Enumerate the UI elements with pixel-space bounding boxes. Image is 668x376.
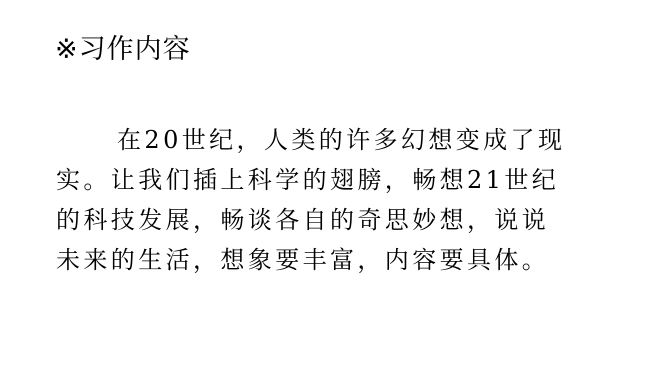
paragraph-line-4: 未来的生活，想象要丰富，内容要具体。: [56, 240, 601, 280]
paragraph-line-2: 实。让我们插上科学的翅膀，畅想21世纪: [56, 160, 601, 200]
assignment-paragraph: 在20世纪，人类的许多幻想变成了现 实。让我们插上科学的翅膀，畅想21世纪 的科…: [56, 120, 601, 280]
paragraph-line-1: 在20世纪，人类的许多幻想变成了现: [56, 120, 601, 160]
section-title: ※习作内容: [55, 33, 191, 67]
paragraph-line-3: 的科技发展，畅谈各自的奇思妙想，说说: [56, 200, 601, 240]
